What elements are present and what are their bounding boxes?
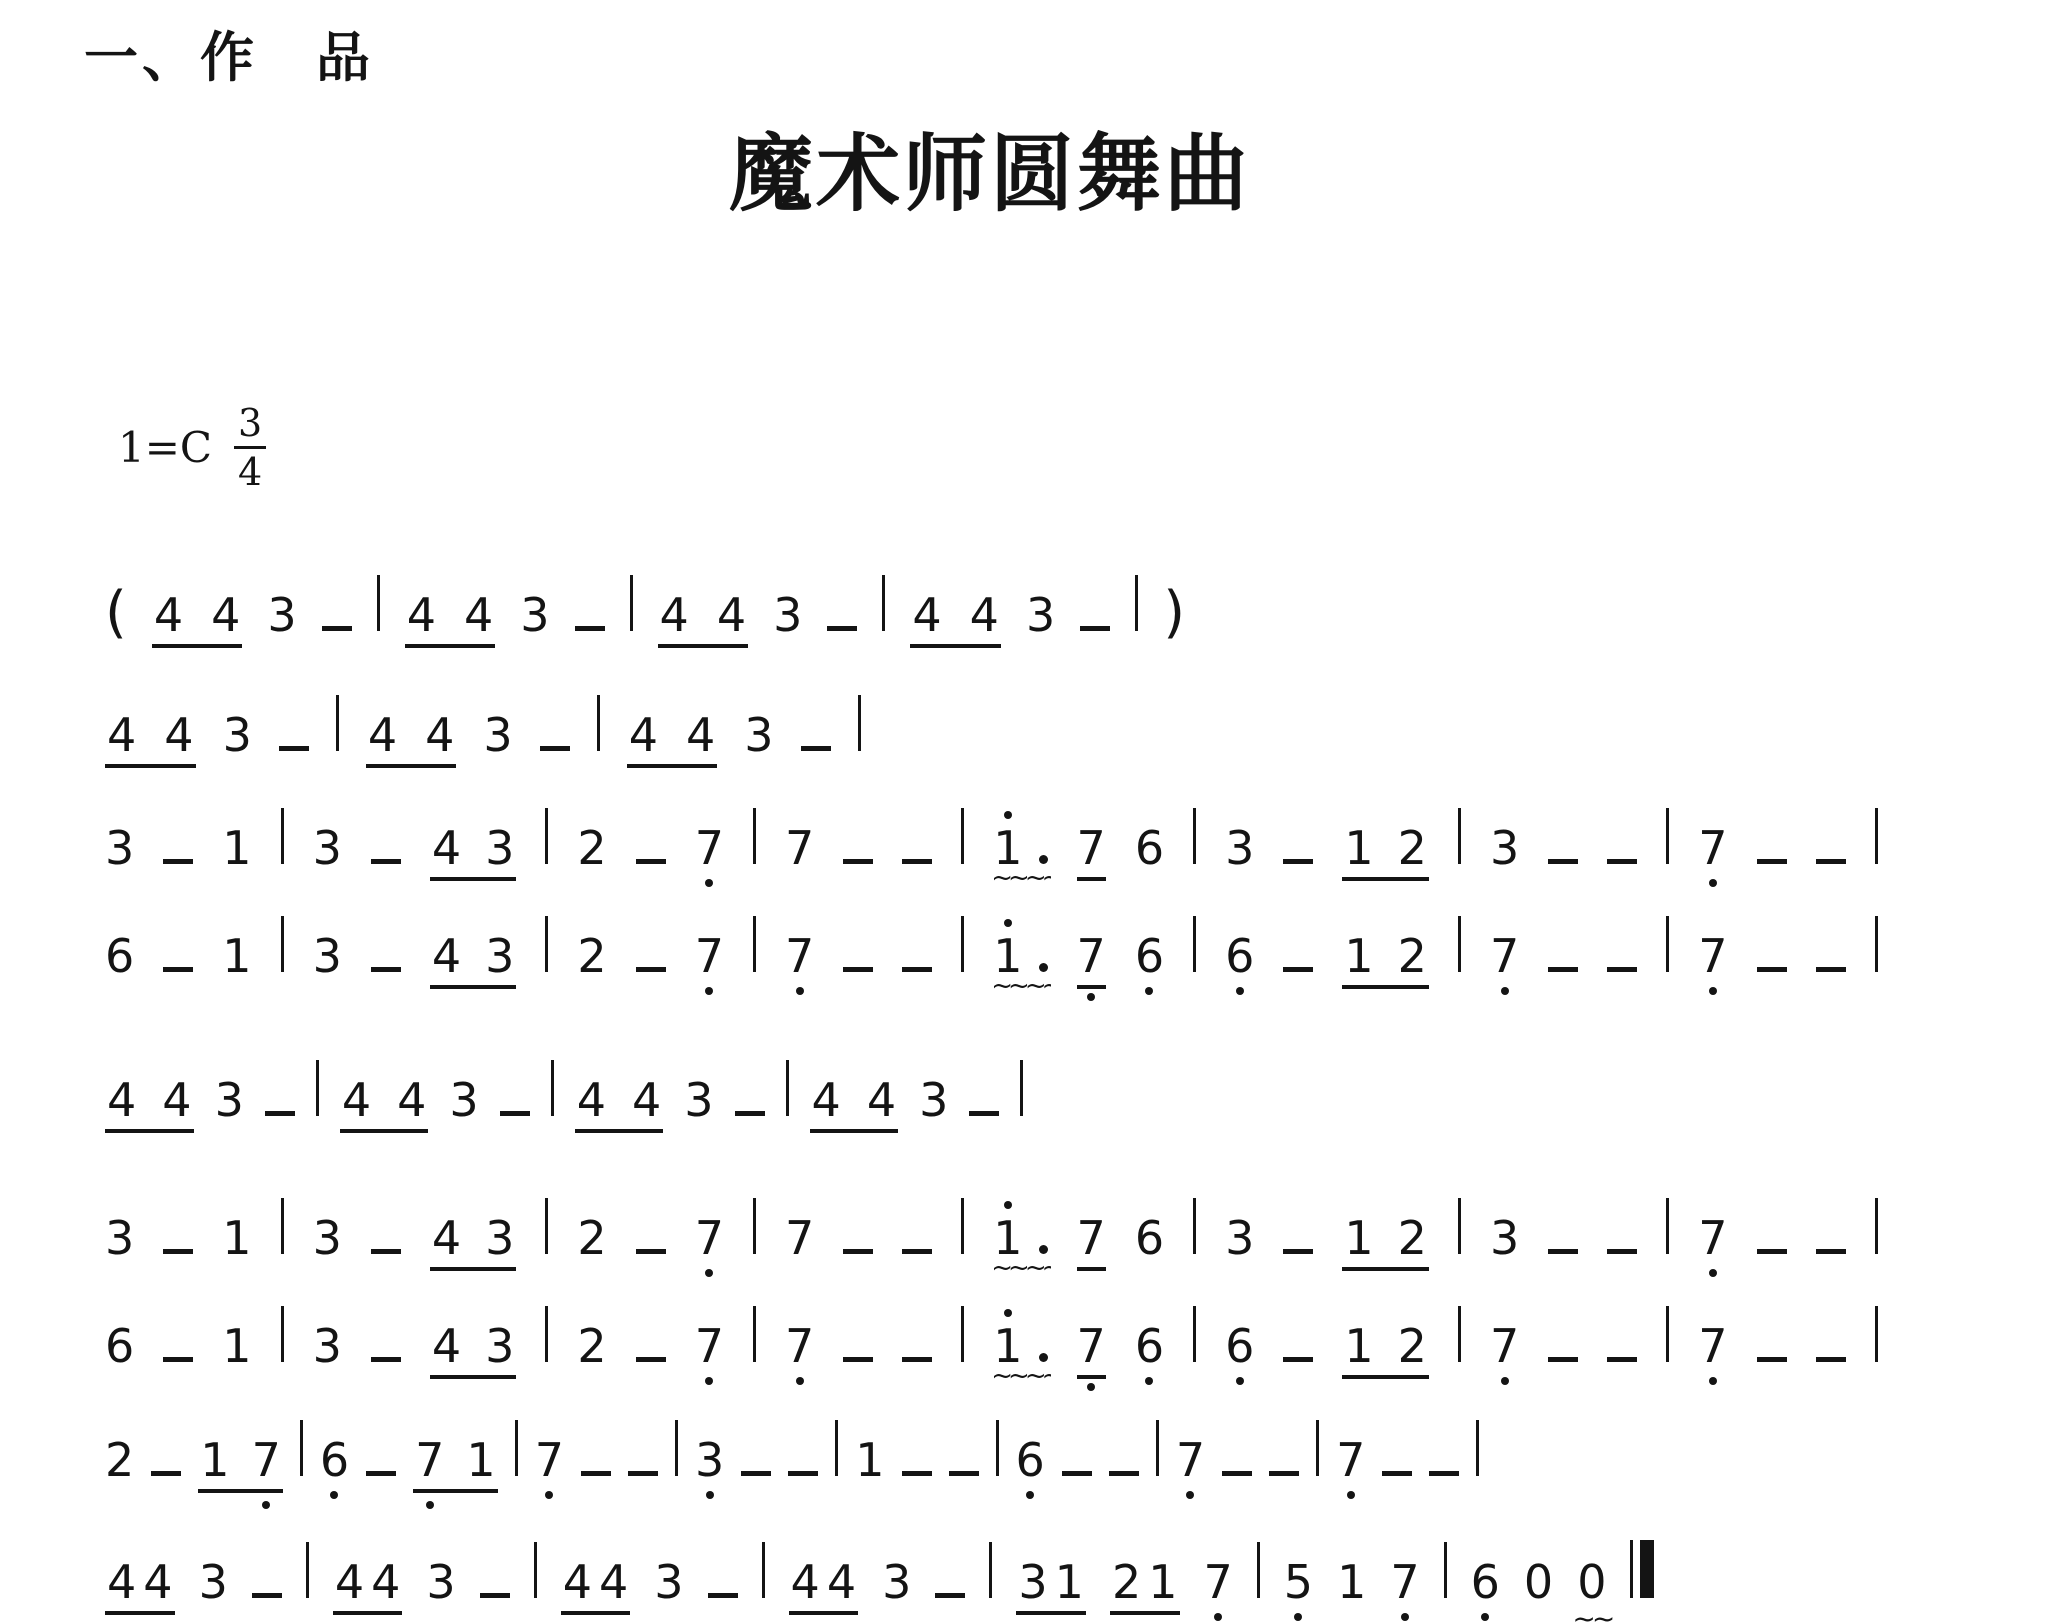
note: 2 — [577, 1323, 606, 1369]
barline — [1666, 1306, 1669, 1362]
sustain-dash — [1109, 1471, 1139, 1476]
dotted-note-with-wave: 1 — [993, 933, 1047, 979]
beamed-notes: 44 — [366, 712, 457, 768]
final-barline-thin — [1630, 1540, 1633, 1598]
note: 3 — [654, 1559, 683, 1605]
barline — [675, 1420, 678, 1476]
sustain-dash — [827, 626, 857, 631]
note: 3 — [773, 592, 802, 638]
sustain-dash — [1607, 859, 1637, 864]
note: 7 — [785, 1215, 814, 1261]
note: 7 — [1204, 1559, 1233, 1605]
sustain-dash — [1757, 859, 1787, 864]
note: 4 — [717, 592, 746, 638]
note: 7 — [1077, 1215, 1106, 1271]
barline — [1875, 808, 1878, 864]
note: 7 — [1698, 1215, 1727, 1261]
sustain-dash — [480, 1593, 510, 1598]
sustain-dash — [575, 626, 605, 631]
augmentation-dot — [1039, 1245, 1048, 1254]
note: 1 — [466, 1437, 495, 1483]
barline — [1156, 1420, 1159, 1476]
barline — [989, 1542, 992, 1598]
note: 4 — [577, 1077, 606, 1123]
sustain-dash — [1757, 1249, 1787, 1254]
music-line-8: 217671731677 — [105, 1420, 1479, 1493]
sustain-dash — [636, 1357, 666, 1362]
sustain-dash — [279, 746, 309, 751]
note: 6 — [1225, 933, 1254, 979]
beamed-notes: 43 — [430, 1323, 517, 1379]
barline — [281, 1306, 284, 1362]
sustain-dash — [902, 1249, 932, 1254]
barline — [1875, 1198, 1878, 1254]
barline — [377, 575, 380, 631]
sustain-dash — [843, 859, 873, 864]
barline — [961, 1198, 964, 1254]
sustain-dash — [1080, 626, 1110, 631]
note: 4 — [464, 592, 493, 638]
barline — [630, 575, 633, 631]
note: 6 — [1135, 1215, 1164, 1261]
note: 6 — [320, 1437, 349, 1483]
note: 4 — [107, 1559, 136, 1605]
note: 3 — [223, 712, 252, 758]
note: 7 — [1176, 1437, 1205, 1483]
note: 3 — [919, 1077, 948, 1123]
beamed-notes: 12 — [1342, 1215, 1429, 1271]
barline — [336, 695, 339, 751]
note: 2 — [577, 825, 606, 871]
final-barline — [1630, 1540, 1654, 1588]
sustain-dash — [1062, 1471, 1092, 1476]
note: 1 — [222, 825, 251, 871]
note: 7 — [1698, 933, 1727, 979]
note: 7 — [695, 825, 724, 871]
sustain-dash — [1382, 1471, 1412, 1476]
note: 4 — [812, 1077, 841, 1123]
barline — [1875, 916, 1878, 972]
note: 3 — [1225, 825, 1254, 871]
note: 3 — [199, 1559, 228, 1605]
barline — [316, 1060, 319, 1116]
sustain-dash — [1283, 1357, 1313, 1362]
dotted-note-with-wave: 1 — [993, 825, 1047, 871]
barline — [882, 575, 885, 631]
note: 4 — [107, 1077, 136, 1123]
sustain-dash — [1548, 859, 1578, 864]
note: 7 — [785, 933, 814, 979]
note: 7 — [1077, 1323, 1106, 1379]
sustain-dash — [935, 1593, 965, 1598]
barline — [835, 1420, 838, 1476]
barline — [1316, 1420, 1319, 1476]
beamed-notes: 17 — [198, 1437, 283, 1493]
note: 3 — [520, 592, 549, 638]
note: 3 — [485, 933, 514, 979]
note: 1 — [1337, 1559, 1366, 1605]
note: 3 — [313, 825, 342, 871]
beamed-notes: 12 — [1342, 933, 1429, 989]
sustain-dash — [636, 859, 666, 864]
note: 3 — [267, 592, 296, 638]
note: 1 — [993, 825, 1022, 871]
note: 4 — [432, 825, 461, 871]
barline — [281, 808, 284, 864]
barline — [300, 1420, 303, 1476]
note: 2 — [577, 933, 606, 979]
dotted-note-with-wave: 1 — [993, 1323, 1047, 1369]
beamed-notes: 43 — [430, 1215, 517, 1271]
barline — [545, 1306, 548, 1362]
beamed-notes: 21 — [1110, 1559, 1180, 1615]
dotted-note-with-wave: 1 — [993, 1215, 1047, 1261]
barline — [1193, 1198, 1196, 1254]
note: 7 — [785, 825, 814, 871]
music-line-3: 3134327717631237 — [105, 808, 1878, 881]
barline — [762, 1542, 765, 1598]
music-line-1: (443443443443) — [105, 575, 1185, 648]
sustain-dash — [741, 1471, 771, 1476]
beamed-notes: 44 — [105, 1077, 194, 1133]
note: 4 — [107, 712, 136, 758]
beamed-notes: 44 — [105, 1559, 175, 1615]
note: 3 — [105, 825, 134, 871]
barline — [786, 1060, 789, 1116]
sustain-dash — [163, 1357, 193, 1362]
note: 3 — [483, 712, 512, 758]
note: 3 — [485, 1215, 514, 1261]
barline — [1193, 916, 1196, 972]
sustain-dash — [1816, 1357, 1846, 1362]
beamed-notes: 44 — [910, 592, 1001, 648]
sustain-dash — [371, 1357, 401, 1362]
beamed-notes: 44 — [561, 1559, 631, 1615]
sustain-dash — [636, 1249, 666, 1254]
note: 4 — [397, 1077, 426, 1123]
note: 3 — [744, 712, 773, 758]
sustain-dash — [788, 1471, 818, 1476]
note: 4 — [432, 1215, 461, 1261]
note: 7 — [695, 1323, 724, 1369]
sustain-dash — [1816, 967, 1846, 972]
beamed-notes: 44 — [105, 712, 196, 768]
sustain-dash — [1548, 1357, 1578, 1362]
note: 4 — [432, 933, 461, 979]
barline — [545, 808, 548, 864]
note: 4 — [371, 1559, 400, 1605]
sustain-dash — [1548, 1249, 1578, 1254]
note: 4 — [632, 1077, 661, 1123]
barline — [961, 808, 964, 864]
barline — [515, 1420, 518, 1476]
beamed-notes: 44 — [333, 1559, 403, 1615]
note: 2 — [1398, 1323, 1427, 1369]
time-signature-numerator: 3 — [238, 404, 262, 442]
sustain-dash — [969, 1111, 999, 1116]
note: 4 — [970, 592, 999, 638]
note: 1 — [1344, 933, 1373, 979]
barline — [1476, 1420, 1479, 1476]
beamed-notes: 12 — [1342, 1323, 1429, 1379]
note: 1 — [993, 1215, 1022, 1261]
music-line-2: 443443443 — [105, 695, 861, 768]
sustain-dash — [801, 746, 831, 751]
note: 4 — [425, 712, 454, 758]
barline — [858, 695, 861, 751]
section-heading: 一、作 品 — [84, 30, 374, 84]
sustain-dash — [1283, 859, 1313, 864]
sustain-dash — [163, 859, 193, 864]
sustain-dash — [1269, 1471, 1299, 1476]
sustain-dash — [843, 1357, 873, 1362]
note: 1 — [1344, 1215, 1373, 1261]
note: 3 — [426, 1559, 455, 1605]
barline — [961, 1306, 964, 1362]
note: 3 — [313, 1215, 342, 1261]
note: 3 — [215, 1077, 244, 1123]
music-line-7: 6134327717661277 — [105, 1306, 1878, 1379]
beamed-notes: 44 — [810, 1077, 899, 1133]
sustain-dash — [949, 1471, 979, 1476]
sheet-music-page: 一、作 品 魔术师圆舞曲 1=C 3 4 (443443443443)44344… — [0, 0, 2048, 1624]
note: 1 — [222, 1323, 251, 1369]
note: 6 — [105, 1323, 134, 1369]
barline — [1257, 1542, 1260, 1598]
sustain-dash — [628, 1471, 658, 1476]
note: 2 — [1398, 825, 1427, 871]
beamed-notes: 44 — [340, 1077, 429, 1133]
note: 7 — [1336, 1437, 1365, 1483]
note: 3 — [313, 1323, 342, 1369]
sustain-dash — [1283, 967, 1313, 972]
sustain-dash — [1816, 1249, 1846, 1254]
note: 1 — [1055, 1559, 1084, 1605]
sustain-dash — [371, 859, 401, 864]
parenthesis: ( — [105, 585, 127, 641]
note: 4 — [629, 712, 658, 758]
barline — [551, 1060, 554, 1116]
barline — [1875, 1306, 1878, 1362]
note: 4 — [335, 1559, 364, 1605]
augmentation-dot — [1039, 963, 1048, 972]
beamed-notes: 44 — [575, 1077, 664, 1133]
note: 3 — [485, 825, 514, 871]
sustain-dash — [1816, 859, 1846, 864]
note: 4 — [211, 592, 240, 638]
note: 3 — [485, 1323, 514, 1369]
sustain-dash — [371, 967, 401, 972]
final-barline-thick — [1640, 1540, 1654, 1598]
note: 7 — [1490, 933, 1519, 979]
note: 4 — [154, 592, 183, 638]
note: 2 — [577, 1215, 606, 1261]
note: 1 — [855, 1437, 884, 1483]
beamed-notes: 43 — [430, 825, 517, 881]
note: 3 — [1225, 1215, 1254, 1261]
note: 2 — [1398, 1215, 1427, 1261]
barline — [996, 1420, 999, 1476]
note: 7 — [1490, 1323, 1519, 1369]
barline — [281, 1198, 284, 1254]
sustain-dash — [708, 1593, 738, 1598]
note: 7 — [1698, 1323, 1727, 1369]
sustain-dash — [1757, 1357, 1787, 1362]
beamed-notes: 44 — [152, 592, 243, 648]
sustain-dash — [1607, 1357, 1637, 1362]
note: 6 — [1135, 933, 1164, 979]
sustain-dash — [1548, 967, 1578, 972]
note: 1 — [1148, 1559, 1177, 1605]
note: 1 — [993, 933, 1022, 979]
note: 3 — [882, 1559, 911, 1605]
barline — [534, 1542, 537, 1598]
beamed-notes: 12 — [1342, 825, 1429, 881]
augmentation-dot — [1039, 855, 1048, 864]
note: 0 — [1524, 1559, 1553, 1605]
barline — [1458, 1306, 1461, 1362]
sustain-dash — [540, 746, 570, 751]
barline — [545, 916, 548, 972]
barline — [961, 916, 964, 972]
note: 4 — [867, 1077, 896, 1123]
note: 6 — [1471, 1559, 1500, 1605]
barline — [1458, 808, 1461, 864]
note: 3 — [105, 1215, 134, 1261]
music-line-6: 3134327717631237 — [105, 1198, 1878, 1271]
note: 2 — [1398, 933, 1427, 979]
note: 7 — [252, 1437, 281, 1483]
sustain-dash — [163, 1249, 193, 1254]
note: 2 — [105, 1437, 134, 1483]
augmentation-dot — [1039, 1353, 1048, 1362]
note: 4 — [342, 1077, 371, 1123]
note: 7 — [1390, 1559, 1419, 1605]
fraction-line — [234, 446, 266, 449]
note: 3 — [1026, 592, 1055, 638]
note: 1 — [222, 1215, 251, 1261]
note: 3 — [1490, 825, 1519, 871]
barline — [1193, 1306, 1196, 1362]
note: 4 — [599, 1559, 628, 1605]
barline — [1458, 916, 1461, 972]
note: 1 — [1344, 825, 1373, 871]
barline — [1666, 808, 1669, 864]
beamed-notes: 44 — [658, 592, 749, 648]
beamed-notes: 71 — [413, 1437, 498, 1493]
note: 3 — [1490, 1215, 1519, 1261]
note: 1 — [993, 1323, 1022, 1369]
sustain-dash — [902, 967, 932, 972]
barline — [545, 1198, 548, 1254]
barline — [753, 1198, 756, 1254]
note: 4 — [686, 712, 715, 758]
note: 7 — [1698, 825, 1727, 871]
note: 4 — [162, 1077, 191, 1123]
music-line-9: 44344344344331217517600 — [105, 1540, 1654, 1615]
key-tonic: 1=C — [118, 427, 212, 469]
beamed-notes: 31 — [1016, 1559, 1086, 1615]
beamed-notes: 44 — [405, 592, 496, 648]
sustain-dash — [843, 1249, 873, 1254]
sustain-dash — [163, 967, 193, 972]
time-signature: 3 4 — [234, 404, 266, 491]
note: 4 — [912, 592, 941, 638]
note: 7 — [1077, 825, 1106, 881]
key-signature: 1=C 3 4 — [118, 404, 266, 491]
piece-title: 魔术师圆舞曲 — [0, 132, 2014, 216]
sustain-dash — [1429, 1471, 1459, 1476]
note: 3 — [684, 1077, 713, 1123]
note: 4 — [143, 1559, 172, 1605]
barline — [1666, 1198, 1669, 1254]
music-line-5: 443443443443 — [105, 1060, 1023, 1133]
music-line-4: 6134327717661277 — [105, 916, 1878, 989]
sustain-dash — [1283, 1249, 1313, 1254]
note: 4 — [791, 1559, 820, 1605]
sustain-dash — [151, 1471, 181, 1476]
note: 1 — [1344, 1323, 1373, 1369]
sustain-dash — [322, 626, 352, 631]
note: 6 — [1135, 825, 1164, 871]
barline — [597, 695, 600, 751]
note: 2 — [1112, 1559, 1141, 1605]
note: 4 — [407, 592, 436, 638]
note: 4 — [827, 1559, 856, 1605]
barline — [753, 916, 756, 972]
sustain-dash — [371, 1249, 401, 1254]
sustain-dash — [581, 1471, 611, 1476]
note: 4 — [432, 1323, 461, 1369]
sustain-dash — [366, 1471, 396, 1476]
sustain-dash — [1757, 967, 1787, 972]
barline — [1020, 1060, 1023, 1116]
barline — [1458, 1198, 1461, 1254]
note: 7 — [415, 1437, 444, 1483]
beamed-notes: 44 — [789, 1559, 859, 1615]
sustain-dash — [902, 859, 932, 864]
beamed-notes: 44 — [627, 712, 718, 768]
barline — [1444, 1542, 1447, 1598]
parenthesis: ) — [1163, 585, 1185, 641]
note: 7 — [695, 933, 724, 979]
barline — [1135, 575, 1138, 631]
barline — [753, 808, 756, 864]
barline — [306, 1542, 309, 1598]
note: 5 — [1284, 1559, 1313, 1605]
beamed-notes: 43 — [430, 933, 517, 989]
sustain-dash — [1222, 1471, 1252, 1476]
note: 6 — [1016, 1437, 1045, 1483]
sustain-dash — [265, 1111, 295, 1116]
sustain-dash — [902, 1471, 932, 1476]
barline — [1666, 916, 1669, 972]
time-signature-denominator: 4 — [238, 453, 262, 491]
note: 7 — [1077, 933, 1106, 989]
note: 4 — [164, 712, 193, 758]
note: 7 — [785, 1323, 814, 1369]
barline — [1193, 808, 1196, 864]
sustain-dash — [1607, 967, 1637, 972]
note: 7 — [535, 1437, 564, 1483]
note: 4 — [368, 712, 397, 758]
sustain-dash — [735, 1111, 765, 1116]
barline — [753, 1306, 756, 1362]
note: 4 — [563, 1559, 592, 1605]
note: 1 — [222, 933, 251, 979]
sustain-dash — [843, 967, 873, 972]
sustain-dash — [252, 1593, 282, 1598]
